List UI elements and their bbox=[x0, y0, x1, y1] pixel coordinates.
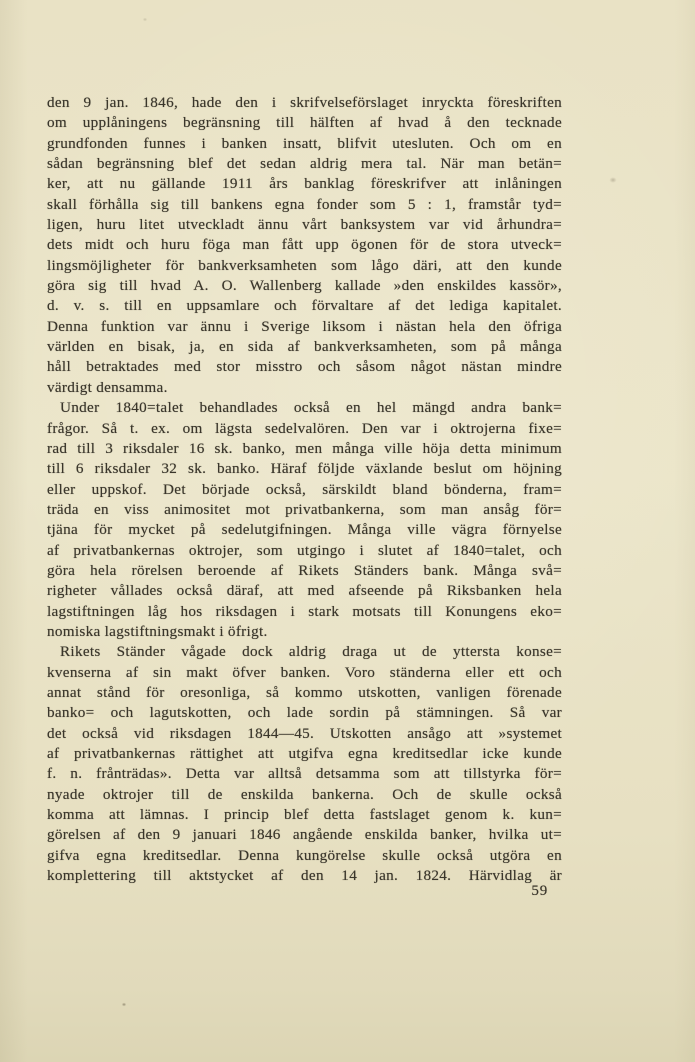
text-line: lagstiftningen låg hos riksdagen i stark… bbox=[47, 602, 562, 622]
text-line: af privatbankernas oktrojer, som utgingo… bbox=[47, 541, 562, 561]
page-number: 59 bbox=[47, 883, 548, 900]
text-line: tjäna för mycket på sedelutgifningen. Må… bbox=[47, 520, 562, 540]
text-line: göra hela rörelsen beroende af Rikets St… bbox=[47, 561, 562, 581]
text-line: görelsen af den 9 januari 1846 angående … bbox=[47, 825, 562, 845]
text-line: sådan begränsning blef det sedan aldrig … bbox=[47, 154, 562, 174]
text-line: Under 1840=talet behandlades också en he… bbox=[47, 398, 562, 418]
paper-speck bbox=[142, 17, 148, 22]
text-line: ligen, huru litet utveckladt ännu vårt b… bbox=[47, 215, 562, 235]
text-line: håll betraktades med stor misstro och så… bbox=[47, 357, 562, 377]
text-line: dets midt och huru föga man fått upp ögo… bbox=[47, 235, 562, 255]
text-line: ker, att nu gällande 1911 års banklag fö… bbox=[47, 174, 562, 194]
text-line: Denna funktion var ännu i Sverige liksom… bbox=[47, 317, 562, 337]
text-line: nomiska lagstiftningsmakt i öfrigt. bbox=[47, 622, 562, 642]
book-page-scan: den 9 jan. 1846, hade den i skrifvelsefö… bbox=[0, 0, 695, 1062]
text-line: till 6 riksdaler 32 sk. banko. Häraf föl… bbox=[47, 459, 562, 479]
paragraph: den 9 jan. 1846, hade den i skrifvelsefö… bbox=[47, 93, 562, 398]
text-line: göra sig till hvad A. O. Wallenberg kall… bbox=[47, 276, 562, 296]
text-line: af privatbankernas rättighet att utgifva… bbox=[47, 744, 562, 764]
text-line: grundfonden funnes i banken insatt, blif… bbox=[47, 134, 562, 154]
text-line: frågor. Så t. ex. om lägsta sedelvalören… bbox=[47, 419, 562, 439]
text-line: värdigt densamma. bbox=[47, 378, 562, 398]
text-line: rad till 3 riksdaler 16 sk. banko, men m… bbox=[47, 439, 562, 459]
text-line: eller uppskof. Det började också, särski… bbox=[47, 480, 562, 500]
text-line: banko= och lagutskotten, och lade sordin… bbox=[47, 703, 562, 723]
text-line: annat stånd för oresonliga, så kommo uts… bbox=[47, 683, 562, 703]
text-line: kvenserna af sin makt öfver banken. Voro… bbox=[47, 663, 562, 683]
paper-smudge bbox=[608, 176, 618, 184]
paper-speck bbox=[121, 1002, 127, 1007]
text-line: lingsmöjligheter för bankverksamheten so… bbox=[47, 256, 562, 276]
text-line: träda en viss animositet mot privatbanke… bbox=[47, 500, 562, 520]
text-line: skall förhålla sig till bankens egna fon… bbox=[47, 195, 562, 215]
text-line: den 9 jan. 1846, hade den i skrifvelsefö… bbox=[47, 93, 562, 113]
text-line: gifva egna kreditsedlar. Denna kungörels… bbox=[47, 846, 562, 866]
paragraph: Rikets Ständer vågade dock aldrig draga … bbox=[47, 642, 562, 886]
text-line: d. v. s. till en uppsamlare och förvalta… bbox=[47, 296, 562, 316]
text-line: världen en bisak, ja, en sida af bankver… bbox=[47, 337, 562, 357]
paragraph: Under 1840=talet behandlades också en he… bbox=[47, 398, 562, 642]
text-line: righeter vållades också däraf, att med a… bbox=[47, 581, 562, 601]
text-line: f. n. frånträdas». Detta var alltså dets… bbox=[47, 764, 562, 784]
text-line: om upplåningens begränsning till hälften… bbox=[47, 113, 562, 133]
text-line: komma att lämnas. I princip blef detta f… bbox=[47, 805, 562, 825]
text-line: det också vid riksdagen 1844—45. Utskott… bbox=[47, 724, 562, 744]
text-line: nyade oktrojer till de enskilda bankerna… bbox=[47, 785, 562, 805]
text-block: den 9 jan. 1846, hade den i skrifvelsefö… bbox=[47, 93, 562, 886]
text-line: Rikets Ständer vågade dock aldrig draga … bbox=[47, 642, 562, 662]
